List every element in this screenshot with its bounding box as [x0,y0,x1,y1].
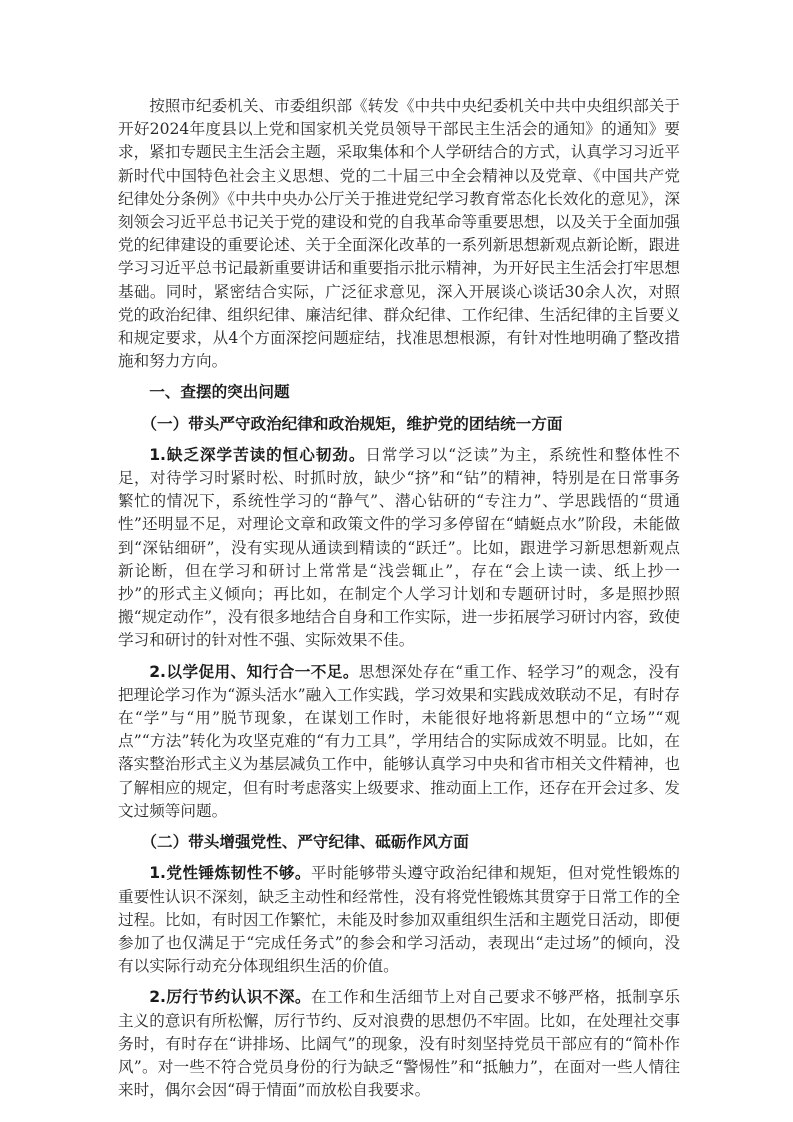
item-lead: 1.缺乏深学苦读的恒心韧劲。 [149,446,365,464]
item-paragraph: 1.党性锤炼韧性不够。平时能够带头遵守政治纪律和规矩，但对党性锻炼的重要性认识不… [118,862,680,978]
item-lead: 1.党性锤炼韧性不够。 [149,864,311,882]
document-page: 按照市纪委机关、市委组织部《转发《中共中央纪委机关中共中央组织部关于开好2024… [118,95,680,1110]
item-body: 思想深处存在“重工作、轻学习”的观念，没有把理论学习作为“源头活水”融入工作实践… [118,663,680,820]
item-paragraph: 2.以学促用、知行合一不足。思想深处存在“重工作、轻学习”的观念，没有把理论学习… [118,661,680,823]
section-heading: 一、查摆的突出问题 [118,381,680,404]
intro-paragraph: 按照市纪委机关、市委组织部《转发《中共中央纪委机关中共中央组织部关于开好2024… [118,95,680,373]
subsection-heading: （一）带头严守政治纪律和政治规矩，维护党的团结统一方面 [118,413,680,436]
item-lead: 2.厉行节约认识不深。 [149,988,311,1006]
item-lead: 2.以学促用、知行合一不足。 [149,663,359,681]
item-paragraph: 2.厉行节约认识不深。在工作和生活细节上对自己要求不够严格，抵制享乐主义的意识有… [118,986,680,1102]
subsection-heading: （二）带头增强党性、严守纪律、砥砺作风方面 [118,831,680,854]
item-body: 日常学习以“泛读”为主，系统性和整体性不足，对待学习时紧时松、时抓时放，缺少“挤… [118,446,680,650]
item-paragraph: 1.缺乏深学苦读的恒心韧劲。日常学习以“泛读”为主，系统性和整体性不足，对待学习… [118,444,680,653]
